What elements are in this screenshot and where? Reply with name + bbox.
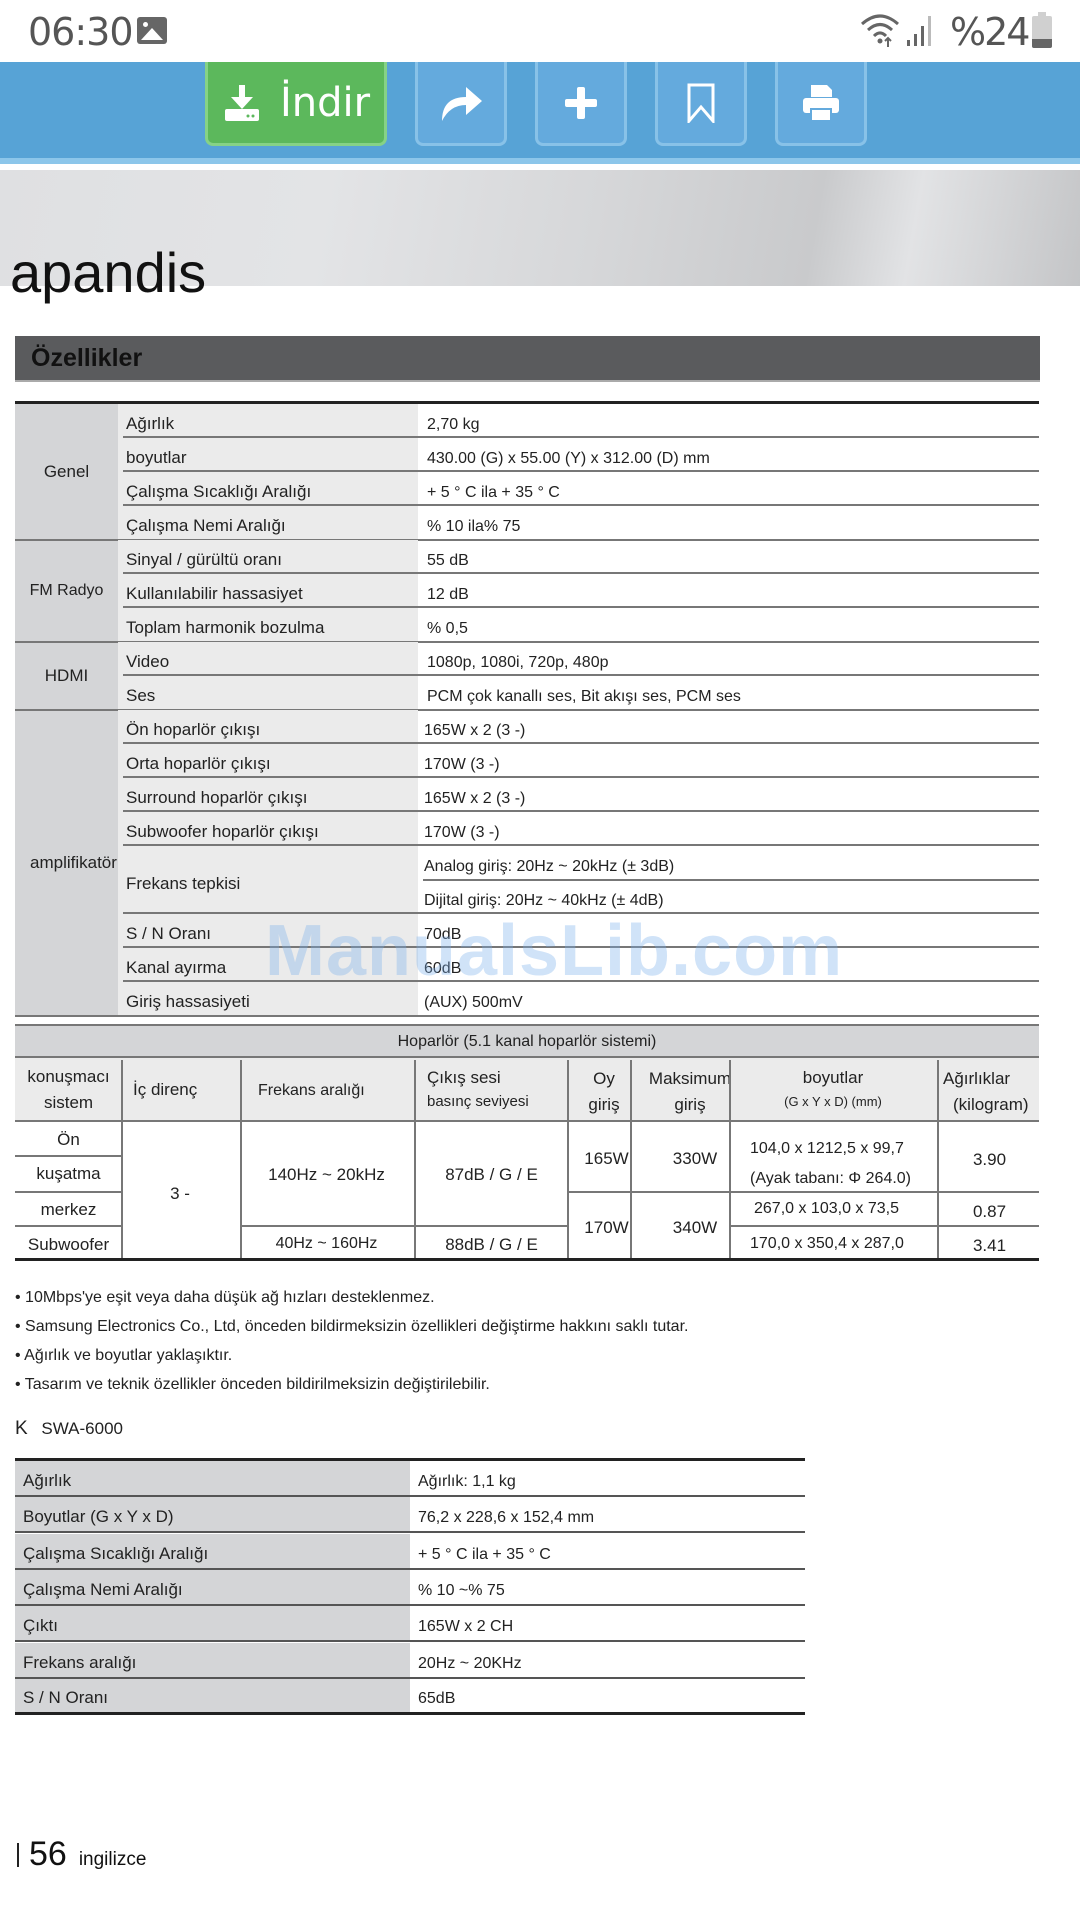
spec-key-cell: Kullanılabilir hassasiyet <box>118 574 418 608</box>
system-surround: kuşatma <box>15 1164 122 1184</box>
grid-line <box>414 1060 416 1259</box>
share-button[interactable] <box>415 62 507 146</box>
spec-key-cell: boyutlar <box>118 438 418 472</box>
spec-key-cell: Çalışma Nemi Aralığı <box>118 506 418 540</box>
model-prefix: K <box>15 1418 28 1439</box>
note-item: • Ağırlık ve boyutlar yaklaşıktır. <box>15 1341 688 1370</box>
spec-value: 55 dB <box>427 552 469 570</box>
spec-key-cell: Ağırlık <box>118 404 418 438</box>
spec-value-cell: % 0,5 <box>418 608 1039 642</box>
spec-key: Orta hoparlör çıkışı <box>126 754 271 774</box>
swa-value: % 10 ~% 75 <box>418 1582 505 1600</box>
swa-key: S / N Oranı <box>23 1688 108 1708</box>
spec-row: Çalışma Sıcaklığı Aralığı+ 5 ° C ila + 3… <box>118 472 1039 506</box>
swa-value: 65dB <box>418 1690 455 1708</box>
dimensions-subwoofer: 170,0 x 350,4 x 287,0 <box>740 1235 940 1253</box>
spec-row: Ön hoparlör çıkışı165W x 2 (3 -) <box>118 710 1039 744</box>
spec-row: Ağırlık2,70 kg <box>118 404 1039 438</box>
spec-value-cell: PCM çok kanallı ses, Bit akışı ses, PCM … <box>418 676 1039 710</box>
spl-value: 88dB / G / E <box>415 1235 568 1255</box>
spec-value-cell: 55 dB <box>418 540 1039 574</box>
spec-key-cell: Ses <box>118 676 418 710</box>
status-bar: 06:30 %24 <box>0 0 1080 62</box>
frequency-value: 140Hz ~ 20kHz <box>240 1165 413 1185</box>
notes-list: • 10Mbps'ye eşit veya daha düşük ağ hızl… <box>15 1283 688 1399</box>
rated-input-value: 170W <box>568 1218 645 1238</box>
spec-row: Kanal ayırma60dB <box>118 948 1039 982</box>
impedance-value: 3 - <box>122 1184 238 1204</box>
header-text: konuşmacı <box>15 1064 122 1090</box>
spec-row: Sinyal / gürültü oranı55 dB <box>118 540 1039 574</box>
spec-value-cell: 165W x 2 (3 -) <box>418 778 1039 812</box>
print-icon <box>801 83 841 123</box>
spec-key: Giriş hassasiyeti <box>126 992 250 1012</box>
footer-divider <box>17 1843 19 1867</box>
swa-row: AğırlıkAğırlık: 1,1 kg <box>15 1461 805 1497</box>
system-center: merkez <box>15 1200 122 1220</box>
header-frequency: Frekans aralığı <box>258 1082 365 1100</box>
spec-value: (AUX) 500mV <box>424 994 523 1012</box>
header-impedance: İç direnç <box>133 1080 197 1100</box>
grid-line <box>630 1060 632 1259</box>
spec-key: Kanal ayırma <box>126 958 226 978</box>
header-text: giriş <box>570 1092 638 1118</box>
spec-value: % 10 ila% 75 <box>427 518 520 536</box>
spec-value: + 5 ° C ila + 35 ° C <box>427 484 560 502</box>
spec-row: Çalışma Nemi Aralığı% 10 ila% 75 <box>118 506 1039 540</box>
weight-value: 0.87 <box>940 1202 1039 1222</box>
spec-row: Kullanılabilir hassasiyet12 dB <box>118 574 1039 608</box>
spec-key: Video <box>126 652 169 672</box>
section-header: Özellikler <box>15 336 1040 382</box>
spec-key: Toplam harmonik bozulma <box>126 618 324 638</box>
page-footer: 56 ingilizce <box>17 1835 146 1874</box>
spec-value: PCM çok kanallı ses, Bit akışı ses, PCM … <box>427 688 741 706</box>
header-rated-input: Oy giriş <box>570 1066 638 1118</box>
share-icon <box>438 83 484 123</box>
bookmark-button[interactable] <box>655 62 747 146</box>
header-text: sistem <box>15 1090 122 1116</box>
spec-value: 165W x 2 (3 -) <box>424 722 525 740</box>
spec-key: Çalışma Sıcaklığı Aralığı <box>126 482 311 502</box>
spec-group-label: amplifikatör <box>15 710 118 1016</box>
spec-value-cell: 165W x 2 (3 -) <box>418 710 1039 744</box>
spec-row: Surround hoparlör çıkışı165W x 2 (3 -) <box>118 778 1039 812</box>
add-button[interactable] <box>535 62 627 146</box>
header-text: basınç seviyesi <box>427 1090 529 1114</box>
spec-key-cell: Ön hoparlör çıkışı <box>118 710 418 744</box>
spec-value: Analog giriş: 20Hz ~ 20kHz (± 3dB) <box>424 858 674 876</box>
weight-value: 3.41 <box>940 1236 1039 1256</box>
spec-key-cell: Kanal ayırma <box>118 948 418 982</box>
header-spl: Çıkış sesi basınç seviyesi <box>427 1066 529 1114</box>
swa-row: Çıktı165W x 2 CH <box>15 1606 805 1642</box>
spec-key-cell: Surround hoparlör çıkışı <box>118 778 418 812</box>
spec-key: boyutlar <box>126 448 186 468</box>
print-button[interactable] <box>775 62 867 146</box>
spec-group-label: FM Radyo <box>15 540 118 642</box>
system-subwoofer: Subwoofer <box>15 1235 122 1255</box>
section-title: Özellikler <box>31 344 142 373</box>
grid-line <box>15 1155 121 1157</box>
grid-line <box>729 1060 731 1259</box>
spec-key-cell: Sinyal / gürültü oranı <box>118 540 418 574</box>
grid-line <box>15 1225 121 1227</box>
swa-row: Frekans aralığı20Hz ~ 20KHz <box>15 1643 805 1679</box>
spec-key-cell: S / N Oranı <box>118 914 418 948</box>
spec-row: SesPCM çok kanallı ses, Bit akışı ses, P… <box>118 676 1039 710</box>
spec-value: 170W (3 -) <box>424 824 500 842</box>
dimensions-center: 267,0 x 103,0 x 73,5 <box>740 1200 940 1218</box>
spec-key: Çalışma Nemi Aralığı <box>126 516 286 536</box>
grid-line <box>121 1060 123 1259</box>
spec-key: Ağırlık <box>126 414 174 434</box>
group-divider <box>15 1015 1039 1017</box>
spec-value-cell: 430.00 (G) x 55.00 (Y) x 312.00 (D) mm <box>418 438 1039 472</box>
document-toolbar: İndir <box>0 62 1080 164</box>
spec-value-cell: 170W (3 -) <box>418 812 1039 846</box>
grid-line <box>240 1225 567 1227</box>
note-item: • Tasarım ve teknik özellikler önceden b… <box>15 1370 688 1399</box>
speaker-table-title: Hoparlör (5.1 kanal hoparlör sistemi) <box>15 1024 1039 1058</box>
rated-input-value: 165W <box>568 1149 645 1169</box>
note-item: • 10Mbps'ye eşit veya daha düşük ağ hızl… <box>15 1283 688 1312</box>
swa-value: Ağırlık: 1,1 kg <box>418 1473 516 1491</box>
dimensions-front-surround: 104,0 x 1212,5 x 99,7 (Ayak tabanı: Φ 26… <box>740 1134 940 1194</box>
swa-row: Çalışma Sıcaklığı Aralığı+ 5 ° C ila + 3… <box>15 1534 805 1570</box>
swa-key-cell: Çalışma Nemi Aralığı <box>15 1570 410 1604</box>
spec-key: Ön hoparlör çıkışı <box>126 720 260 740</box>
grid-line <box>937 1060 939 1259</box>
header-text: giriş <box>640 1092 740 1118</box>
model-heading: K SWA-6000 <box>15 1418 123 1440</box>
spec-value-cell: 12 dB <box>418 574 1039 608</box>
spec-row: Subwoofer hoparlör çıkışı170W (3 -) <box>118 812 1039 846</box>
spec-key: Kullanılabilir hassasiyet <box>126 584 303 604</box>
spec-key: Sinyal / gürültü oranı <box>126 550 282 570</box>
swa-value: 76,2 x 228,6 x 152,4 mm <box>418 1509 594 1527</box>
speaker-table: Hoparlör (5.1 kanal hoparlör sistemi) ko… <box>15 1024 1039 1261</box>
model-name: SWA-6000 <box>41 1419 123 1438</box>
header-text: boyutlar <box>733 1066 933 1090</box>
swa-key-cell: Frekans aralığı <box>15 1643 410 1677</box>
swa-key: Çıktı <box>23 1616 58 1636</box>
dimension-text: (Ayak tabanı: Φ 264.0) <box>750 1164 940 1194</box>
footer-language: ingilizce <box>79 1849 147 1871</box>
swa-key-cell: Çıktı <box>15 1606 410 1640</box>
swa-key-cell: Boyutlar (G x Y x D) <box>15 1497 410 1531</box>
header-max-input: Maksimum giriş <box>640 1066 740 1118</box>
bookmark-icon <box>686 83 716 123</box>
header-weights: Ağırlıklar (kilogram) <box>939 1066 1069 1118</box>
header-text: Maksimum <box>640 1066 740 1092</box>
spec-key-cell: Giriş hassasiyeti <box>118 982 418 1016</box>
download-icon <box>222 83 262 123</box>
spec-key: Frekans tepkisi <box>126 874 240 894</box>
spec-value: 165W x 2 (3 -) <box>424 790 525 808</box>
swa-key-cell: Ağırlık <box>15 1461 410 1495</box>
grid-line <box>567 1191 1039 1193</box>
battery-percent: %24 <box>950 10 1028 54</box>
spec-value: 1080p, 1080i, 720p, 480p <box>427 654 609 672</box>
spec-key-cell: Subwoofer hoparlör çıkışı <box>118 812 418 846</box>
clock: 06:30 <box>28 10 133 54</box>
grid-line <box>729 1225 1039 1227</box>
swa-row: S / N Oranı65dB <box>15 1679 805 1715</box>
swa-key: Ağırlık <box>23 1471 71 1491</box>
signal-icon <box>905 14 937 48</box>
swa-value: + 5 ° C ila + 35 ° C <box>418 1546 551 1564</box>
spec-value: 12 dB <box>427 586 469 604</box>
spec-group-label: HDMI <box>15 642 118 710</box>
spec-value: 60dB <box>424 960 461 978</box>
battery-icon <box>1032 16 1052 48</box>
spec-key: Subwoofer hoparlör çıkışı <box>126 822 319 842</box>
spec-key-cell: Video <box>118 642 418 676</box>
spec-key-cell: Orta hoparlör çıkışı <box>118 744 418 778</box>
spec-value-cell: + 5 ° C ila + 35 ° C <box>418 472 1039 506</box>
weight-value: 3.90 <box>940 1150 1039 1170</box>
swa-key: Boyutlar (G x Y x D) <box>23 1507 174 1527</box>
spec-key: Ses <box>126 686 155 706</box>
spec-row: S / N Oranı70dB <box>118 914 1039 948</box>
spec-value-cell: % 10 ila% 75 <box>418 506 1039 540</box>
spec-value: Dijital giriş: 20Hz ~ 40kHz (± 4dB) <box>424 892 664 910</box>
spec-value: % 0,5 <box>427 620 468 638</box>
swa-row: Çalışma Nemi Aralığı% 10 ~% 75 <box>15 1570 805 1606</box>
spec-value: 430.00 (G) x 55.00 (Y) x 312.00 (D) mm <box>427 450 710 468</box>
spec-row: Video1080p, 1080i, 720p, 480p <box>118 642 1039 676</box>
swa-key: Çalışma Sıcaklığı Aralığı <box>23 1544 208 1564</box>
spec-key: S / N Oranı <box>126 924 211 944</box>
spec-row: boyutlar430.00 (G) x 55.00 (Y) x 312.00 … <box>118 438 1039 472</box>
spec-value-cell: 2,70 kg <box>418 404 1039 438</box>
page-number: 56 <box>29 1835 67 1874</box>
spec-key: Surround hoparlör çıkışı <box>126 788 307 808</box>
spec-row: Giriş hassasiyeti(AUX) 500mV <box>118 982 1039 1016</box>
spec-value-cell: (AUX) 500mV <box>418 982 1039 1016</box>
spec-key-cell: Frekans tepkisi <box>118 846 418 914</box>
grid-line <box>240 1060 242 1259</box>
grid-line <box>567 1060 569 1259</box>
swa-row: Boyutlar (G x Y x D)76,2 x 228,6 x 152,4… <box>15 1497 805 1533</box>
spec-value: 70dB <box>424 926 461 944</box>
plus-icon <box>563 85 599 121</box>
frequency-value: 40Hz ~ 160Hz <box>240 1235 413 1253</box>
spec-value-cell: 1080p, 1080i, 720p, 480p <box>418 642 1039 676</box>
header-text: Çıkış sesi <box>427 1066 529 1090</box>
spec-value-cell: 70dB <box>418 914 1039 948</box>
spec-value-cell: 170W (3 -) <box>418 744 1039 778</box>
swa-key-cell: S / N Oranı <box>15 1679 410 1712</box>
header-system: konuşmacı sistem <box>15 1064 122 1116</box>
spl-value: 87dB / G / E <box>415 1165 568 1185</box>
header-text: Ağırlıklar <box>939 1066 1069 1092</box>
spec-key-cell: Çalışma Sıcaklığı Aralığı <box>118 472 418 506</box>
download-label: İndir <box>280 80 370 126</box>
spec-value-cell: 60dB <box>418 948 1039 982</box>
spec-key-cell: Toplam harmonik bozulma <box>118 608 418 642</box>
spec-value: 170W (3 -) <box>424 756 500 774</box>
header-text: Oy <box>570 1066 638 1092</box>
note-item: • Samsung Electronics Co., Ltd, önceden … <box>15 1312 688 1341</box>
swa-key: Frekans aralığı <box>23 1653 136 1673</box>
dimension-text: 104,0 x 1212,5 x 99,7 <box>750 1134 940 1164</box>
spec-value-cell: Analog giriş: 20Hz ~ 20kHz (± 3dB)Dijita… <box>418 846 1039 914</box>
header-dimensions: boyutlar (G x Y x D) (mm) <box>733 1066 933 1114</box>
gallery-icon <box>137 17 167 44</box>
grid-line <box>15 1191 121 1193</box>
wifi-icon <box>860 12 900 48</box>
header-text: (G x Y x D) (mm) <box>733 1090 933 1114</box>
system-front: Ön <box>15 1130 122 1150</box>
swa-key: Çalışma Nemi Aralığı <box>23 1580 183 1600</box>
download-button[interactable]: İndir <box>205 62 387 146</box>
swa-value: 165W x 2 CH <box>418 1618 513 1636</box>
header-text: (kilogram) <box>939 1092 1069 1118</box>
spec-row: Orta hoparlör çıkışı170W (3 -) <box>118 744 1039 778</box>
spec-row: Toplam harmonik bozulma% 0,5 <box>118 608 1039 642</box>
page-title: apandis <box>10 240 206 305</box>
swa-key-cell: Çalışma Sıcaklığı Aralığı <box>15 1534 410 1568</box>
swa-value: 20Hz ~ 20KHz <box>418 1655 522 1673</box>
spec-group-label: Genel <box>15 404 118 540</box>
grid-line <box>15 1258 1039 1261</box>
spec-value: 2,70 kg <box>427 416 479 434</box>
spec-row: Frekans tepkisiAnalog giriş: 20Hz ~ 20kH… <box>118 846 1039 914</box>
